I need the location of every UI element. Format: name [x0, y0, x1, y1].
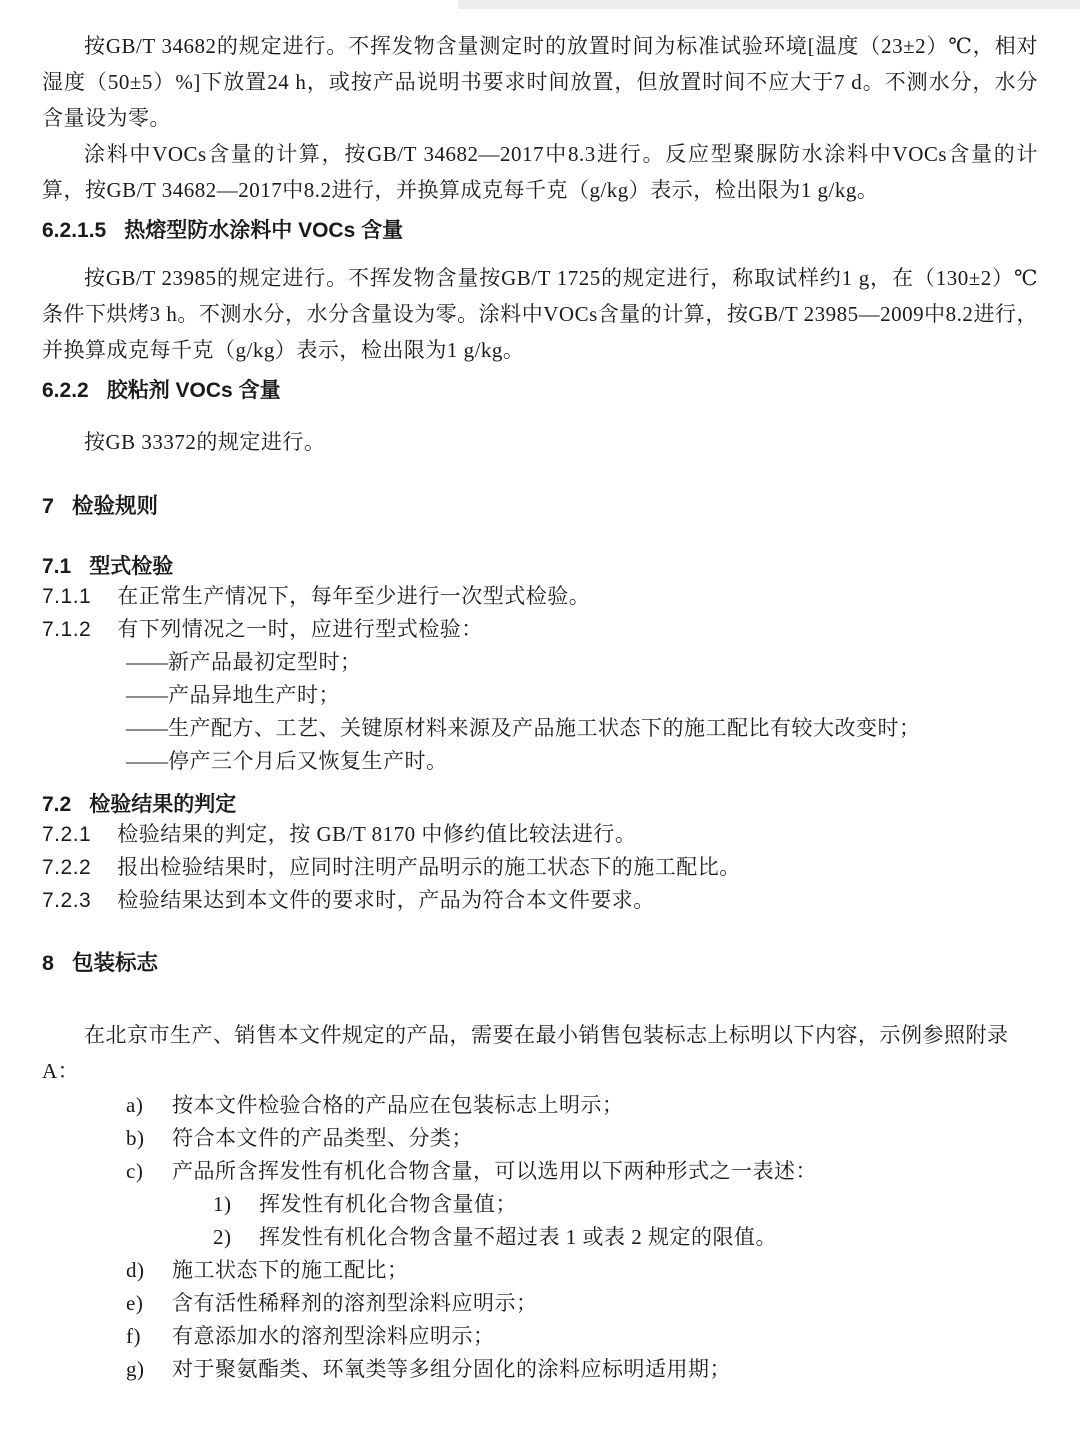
document-scan-page: { "colors": { "background": "#ffffff", "… — [0, 0, 1080, 1440]
clause-7-2-3: 7.2.3检验结果达到本文件的要求时，产品为符合本文件要求。 — [42, 884, 1038, 917]
section-heading-7-1: 7.1型式检验 — [42, 554, 1038, 580]
list-marker: g) — [126, 1353, 172, 1386]
clause-number: 7.2.2 — [42, 856, 91, 879]
list-item-text: 停产三个月后又恢复生产时。 — [168, 749, 448, 773]
dash-list-item: ——新产品最初定型时； — [126, 646, 1038, 679]
list-item-text: 新产品最初定型时； — [168, 650, 362, 674]
section-heading-6-2-1-5: 6.2.1.5热熔型防水涂料中 VOCs 含量 — [42, 218, 1038, 244]
dash-marker: —— — [126, 683, 168, 707]
list-item-text: 施工状态下的施工配比； — [172, 1258, 409, 1282]
list-item-text: 挥发性有机化合物含量值； — [259, 1192, 517, 1216]
dash-marker: —— — [126, 749, 168, 773]
section-number: 7.2 — [42, 793, 71, 816]
clause-text: 检验结果达到本文件的要求时，产品为符合本文件要求。 — [117, 888, 655, 912]
section-title: 热熔型防水涂料中 VOCs 含量 — [124, 219, 403, 242]
section-heading-6-2-2: 6.2.2胶粘剂 VOCs 含量 — [42, 378, 1038, 404]
lettered-list-item-a: a)按本文件检验合格的产品应在包装标志上明示； — [126, 1089, 1038, 1122]
clause-7-1-1: 7.1.1在正常生产情况下，每年至少进行一次型式检验。 — [42, 580, 1038, 613]
scan-edge-artifact — [458, 0, 1080, 9]
list-marker: f) — [126, 1320, 172, 1353]
numbered-sub-item-1: 1)挥发性有机化合物含量值； — [213, 1188, 1038, 1221]
clause-7-1-2: 7.1.2有下列情况之一时，应进行型式检验： — [42, 613, 1038, 646]
list-item-text: 产品异地生产时； — [168, 683, 340, 707]
chapter-number: 8 — [42, 951, 54, 975]
list-item-text: 按本文件检验合格的产品应在包装标志上明示； — [172, 1093, 624, 1117]
dash-list-item: ——产品异地生产时； — [126, 679, 1038, 712]
clause-number: 7.2.1 — [42, 823, 91, 846]
body-paragraph: 在北京市生产、销售本文件规定的产品，需要在最小销售包装标志上标明以下内容，示例参… — [42, 1017, 1038, 1053]
lettered-list-item-b: b)符合本文件的产品类型、分类； — [126, 1122, 1038, 1155]
clause-number: 7.1.2 — [42, 618, 91, 641]
dash-list-item: ——停产三个月后又恢复生产时。 — [126, 745, 1038, 778]
section-title: 胶粘剂 VOCs 含量 — [107, 379, 281, 402]
lettered-list-item-g: g)对于聚氨酯类、环氧类等多组分固化的涂料应标明适用期； — [126, 1353, 1038, 1386]
list-item-text: 有意添加水的溶剂型涂料应明示； — [172, 1324, 495, 1348]
chapter-number: 7 — [42, 494, 54, 518]
body-paragraph: 按GB/T 34682的规定进行。不挥发物含量测定时的放置时间为标准试验环境[温… — [42, 28, 1038, 136]
list-item-text: 对于聚氨酯类、环氧类等多组分固化的涂料应标明适用期； — [172, 1357, 731, 1381]
clause-7-2-2: 7.2.2报出检验结果时，应同时注明产品明示的施工状态下的施工配比。 — [42, 851, 1038, 884]
clause-text: 有下列情况之一时，应进行型式检验： — [117, 617, 483, 641]
body-paragraph: 按GB/T 23985的规定进行。不挥发物含量按GB/T 1725的规定进行，称… — [42, 260, 1038, 368]
chapter-heading-7: 7检验规则 — [42, 492, 1038, 520]
body-paragraph: 涂料中VOCs含量的计算，按GB/T 34682—2017中8.3进行。反应型聚… — [42, 136, 1038, 208]
lettered-list-item-c: c)产品所含挥发性有机化合物含量，可以选用以下两种形式之一表述： — [126, 1155, 1038, 1188]
list-marker: 2) — [213, 1221, 259, 1254]
list-item-text: 产品所含挥发性有机化合物含量，可以选用以下两种形式之一表述： — [172, 1159, 817, 1183]
lettered-list-item-d: d)施工状态下的施工配比； — [126, 1254, 1038, 1287]
dash-marker: —— — [126, 650, 168, 674]
section-title: 检验结果的判定 — [89, 793, 236, 816]
lettered-list-item-e: e)含有活性稀释剂的溶剂型涂料应明示； — [126, 1287, 1038, 1320]
list-item-text: 含有活性稀释剂的溶剂型涂料应明示； — [172, 1291, 538, 1315]
chapter-title: 包装标志 — [72, 951, 158, 975]
chapter-heading-8: 8包装标志 — [42, 949, 1038, 977]
section-heading-7-2: 7.2检验结果的判定 — [42, 792, 1038, 818]
numbered-sub-item-2: 2)挥发性有机化合物含量不超过表 1 或表 2 规定的限值。 — [213, 1221, 1038, 1254]
body-paragraph: 按GB 33372的规定进行。 — [42, 424, 1038, 460]
list-marker: 1) — [213, 1188, 259, 1221]
clause-number: 7.1.1 — [42, 585, 91, 608]
lettered-list-item-f: f)有意添加水的溶剂型涂料应明示； — [126, 1320, 1038, 1353]
list-marker: e) — [126, 1287, 172, 1320]
list-item-text: 生产配方、工艺、关键原材料来源及产品施工状态下的施工配比有较大改变时； — [168, 716, 921, 740]
chapter-title: 检验规则 — [72, 494, 158, 518]
clause-number: 7.2.3 — [42, 889, 91, 912]
clause-7-2-1: 7.2.1检验结果的判定，按 GB/T 8170 中修约值比较法进行。 — [42, 818, 1038, 851]
body-paragraph-continuation: A： — [42, 1053, 1038, 1089]
clause-text: 检验结果的判定，按 GB/T 8170 中修约值比较法进行。 — [117, 822, 636, 846]
section-number: 6.2.1.5 — [42, 219, 106, 242]
list-marker: a) — [126, 1089, 172, 1122]
section-title: 型式检验 — [89, 555, 173, 578]
dash-list-item: ——生产配方、工艺、关键原材料来源及产品施工状态下的施工配比有较大改变时； — [126, 712, 1038, 745]
list-marker: c) — [126, 1155, 172, 1188]
dash-marker: —— — [126, 716, 168, 740]
list-item-text: 挥发性有机化合物含量不超过表 1 或表 2 规定的限值。 — [259, 1225, 777, 1249]
document-body: 按GB/T 34682的规定进行。不挥发物含量测定时的放置时间为标准试验环境[温… — [0, 0, 1080, 1386]
clause-text: 在正常生产情况下，每年至少进行一次型式检验。 — [117, 584, 590, 608]
list-marker: d) — [126, 1254, 172, 1287]
section-number: 7.1 — [42, 555, 71, 578]
section-number: 6.2.2 — [42, 379, 89, 402]
clause-text: 报出检验结果时，应同时注明产品明示的施工状态下的施工配比。 — [117, 855, 741, 879]
list-item-text: 符合本文件的产品类型、分类； — [172, 1126, 473, 1150]
list-marker: b) — [126, 1122, 172, 1155]
